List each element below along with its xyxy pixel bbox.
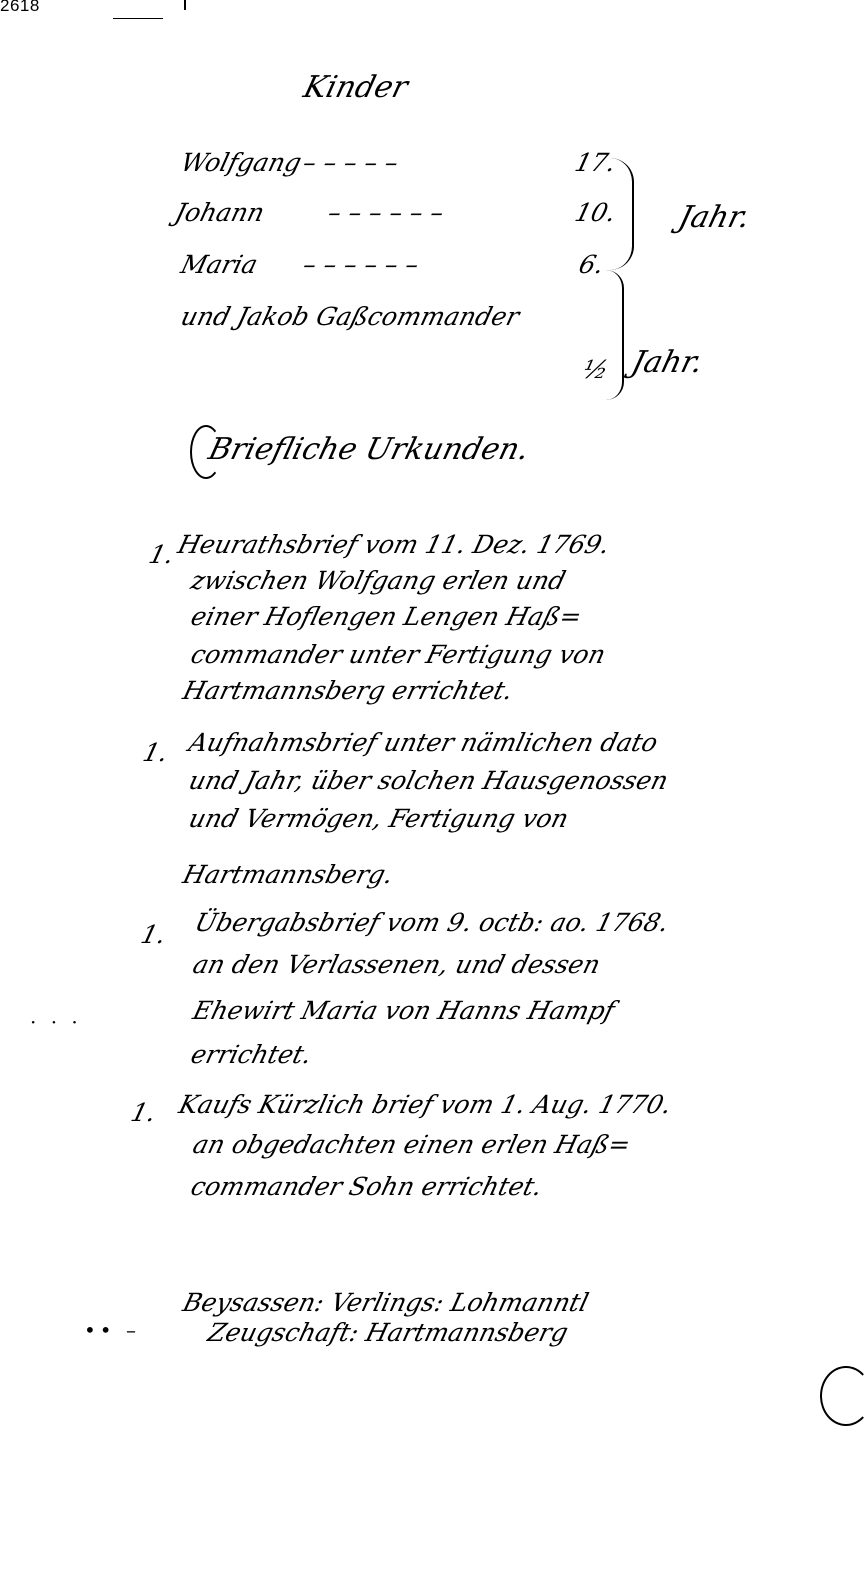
item-line: an den Verlassenen, und dessen [190, 950, 603, 979]
years-unit-label: Jahr. [675, 200, 754, 235]
item-marker: 1. [138, 920, 169, 949]
child-row-name: Maria [178, 250, 261, 279]
children-heading: Kinder [300, 70, 411, 105]
item-line: Übergabsbrief vom 9. octb: ao. 1768. [192, 908, 672, 937]
child-row-leader: – – – – – – [325, 198, 447, 227]
page-number: 2618 [0, 0, 40, 16]
brace-bracket-lower [606, 270, 624, 400]
top-tick-mark [184, 0, 186, 10]
item-line: errichtet. [188, 1040, 315, 1069]
item-line: commander unter Fertigung von [188, 640, 609, 669]
item-line: an obgedachten einen erlen Haß= [190, 1130, 634, 1159]
item-line: Hartmannsberg errichtet. [180, 676, 516, 705]
child-row-age: 6. [576, 250, 607, 279]
item-line: einer Hoflengen Lengen Haß= [188, 602, 585, 631]
paraph-flourish [820, 1366, 864, 1426]
half-year-unit-label: Jahr. [628, 345, 707, 380]
item-marker: 1. [128, 1098, 159, 1127]
top-rule-divider [113, 18, 163, 19]
child-row-name: Wolfgang [178, 148, 305, 177]
item-line: Aufnahmsbrief unter nämlichen dato [186, 728, 661, 757]
item-line: Hartmannsberg. [180, 860, 396, 889]
margin-dots: · · · [30, 1010, 82, 1034]
child-row-leader: – – – – – – [300, 250, 422, 279]
item-line: commander Sohn errichtet. [188, 1172, 545, 1201]
item-line: und Vermögen, Fertigung von [186, 804, 572, 833]
child-row-name: und Jakob Gaßcommander [178, 302, 522, 331]
item-line: Ehewirt Maria von Hanns Hampf [190, 996, 618, 1025]
closing-line: Beysassen: Verlings: Lohmanntl [180, 1288, 592, 1317]
brace-bracket-upper [610, 158, 634, 270]
item-marker: 1. [140, 738, 171, 767]
item-line: und Jahr, über solchen Hausgenossen [186, 766, 671, 795]
closing-leader: •• – [84, 1318, 140, 1342]
closing-line: Zeugschaft: Hartmannsberg [205, 1318, 571, 1347]
child-row-name: Johann [172, 198, 268, 227]
child-row-leader: – – – – – [300, 148, 402, 177]
item-line: Heurathsbrief vom 11. Dez. 1769. [175, 530, 613, 559]
documents-heading: Briefliche Urkunden. [205, 432, 533, 467]
item-line: Kaufs Kürzlich brief vom 1. Aug. 1770. [176, 1090, 675, 1119]
item-marker: 1. [146, 540, 177, 569]
item-line: zwischen Wolfgang erlen und [188, 566, 569, 595]
